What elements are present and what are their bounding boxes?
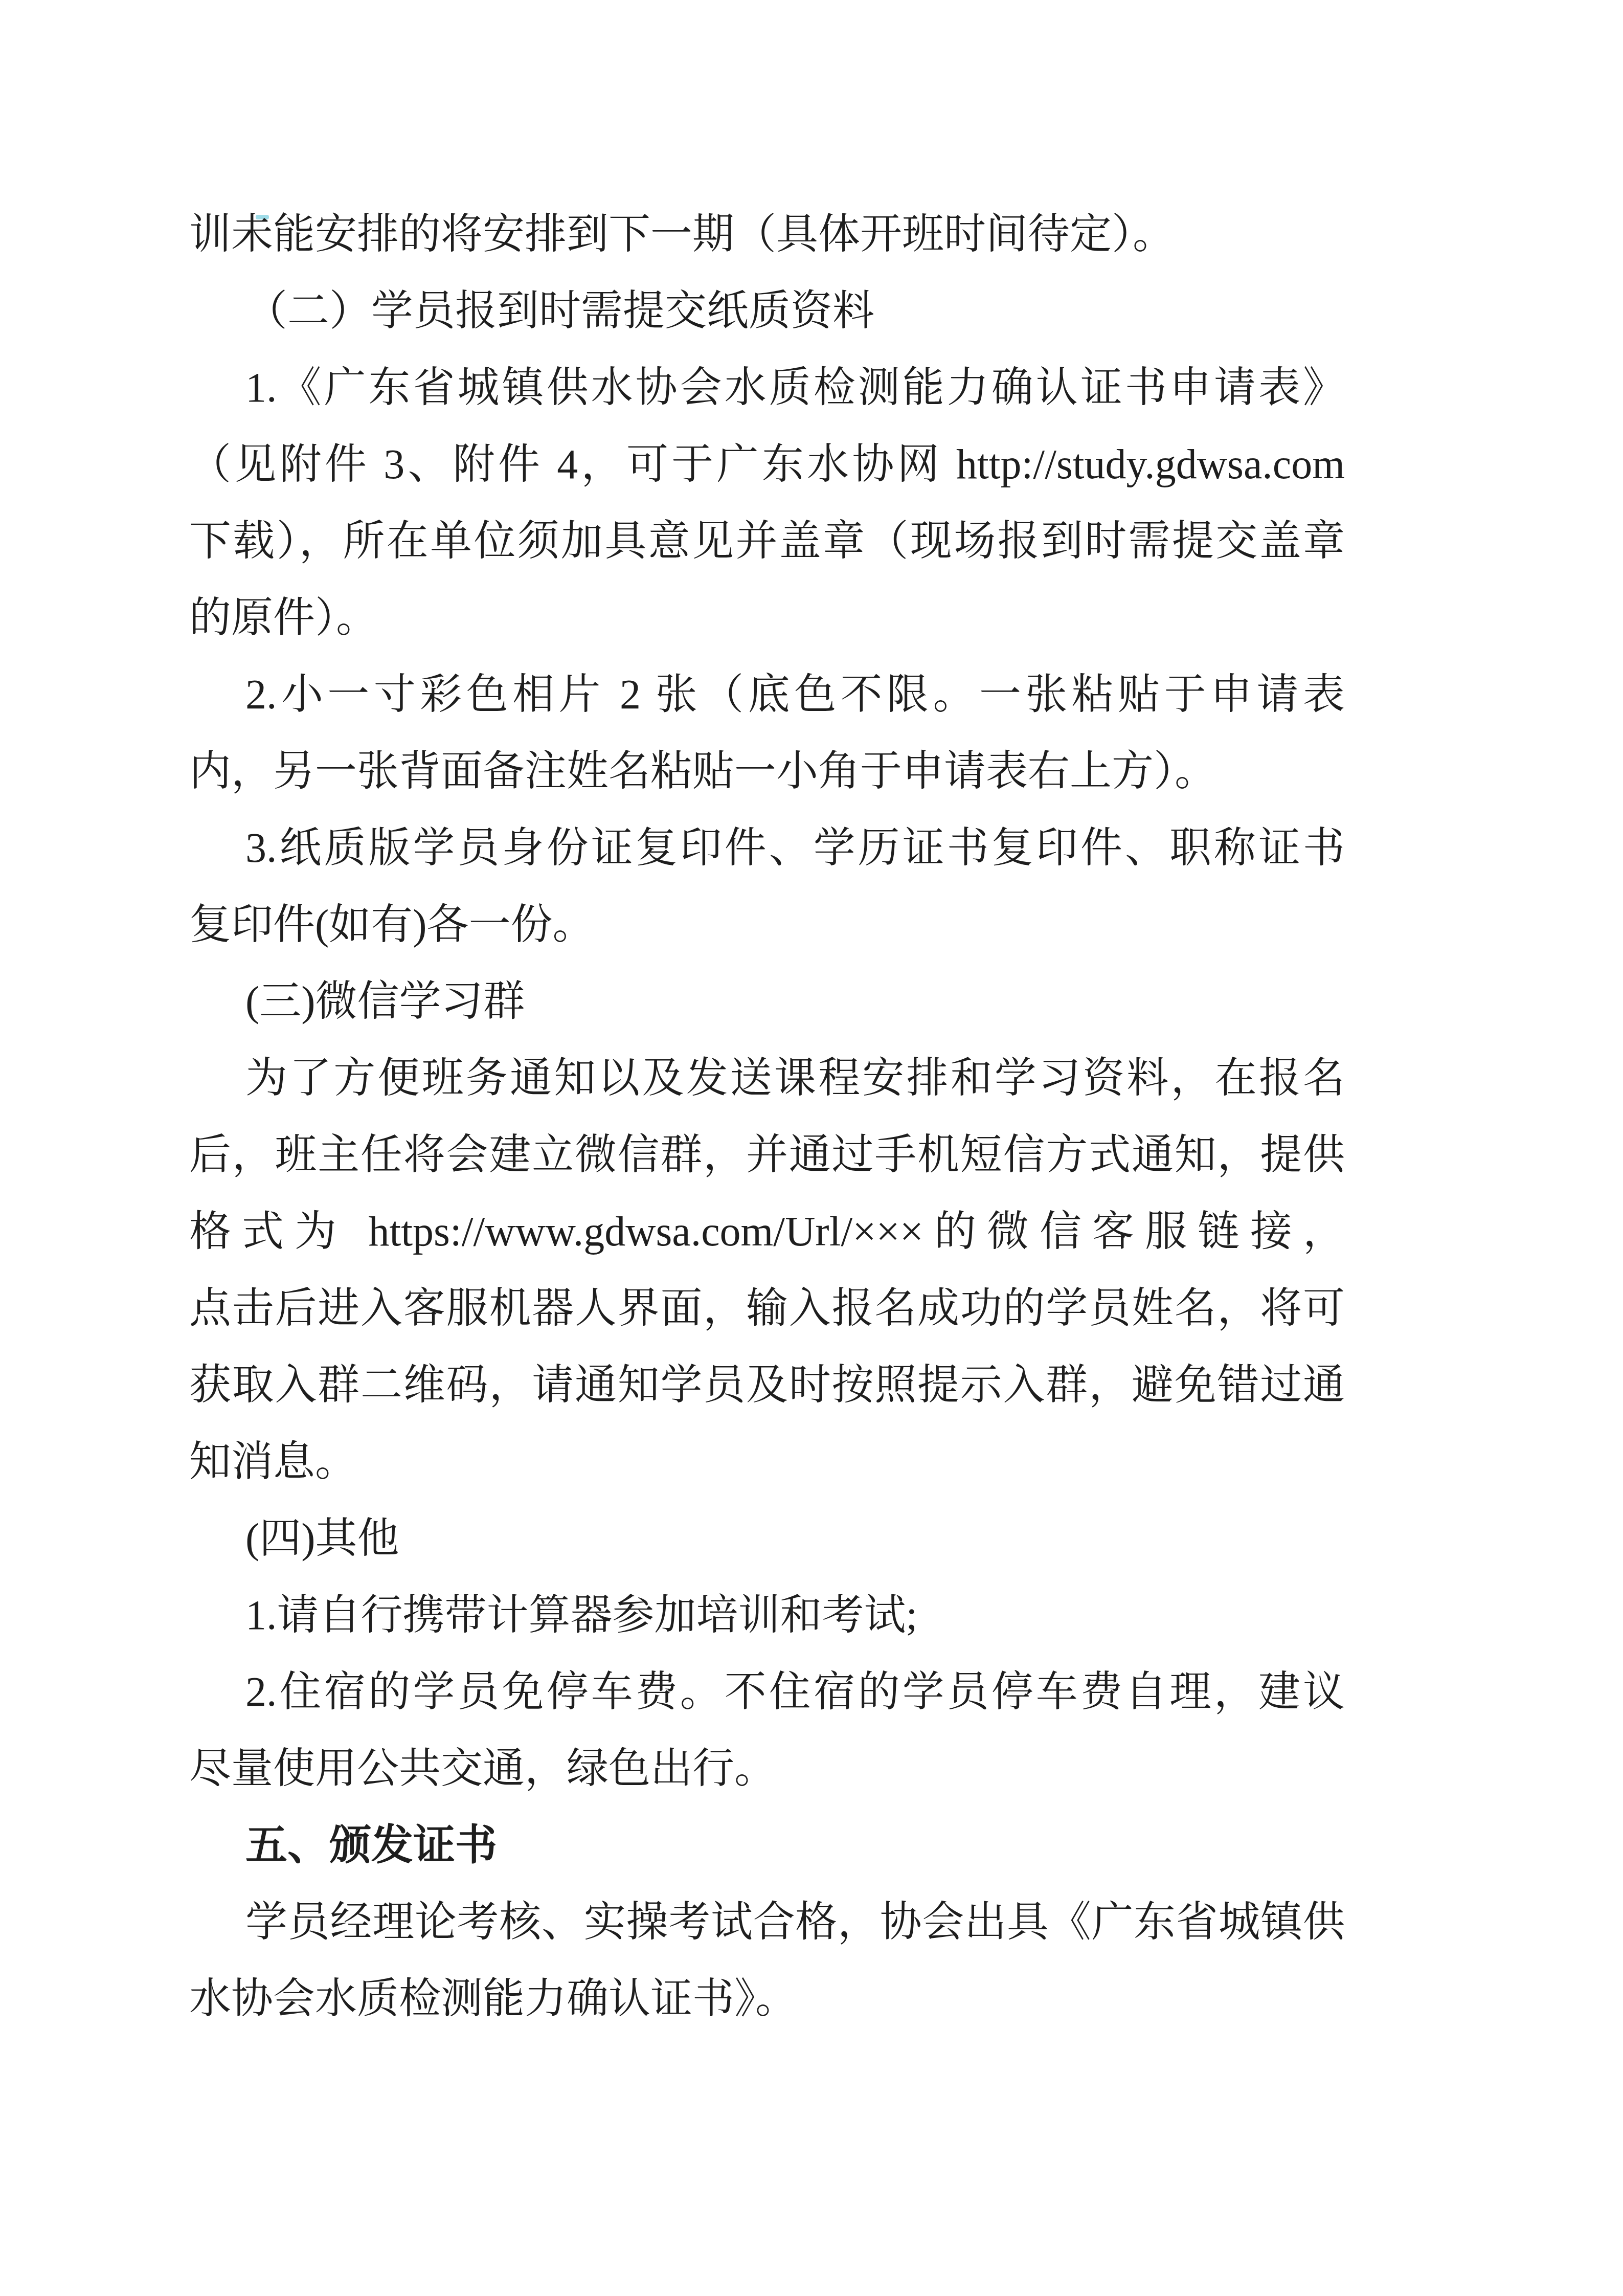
- body-line: 为了方便班务通知以及发送课程安排和学习资料，在报名: [189, 1040, 1345, 1117]
- body-line: 下载），所在单位须加具意见并盖章（现场报到时需提交盖章: [189, 503, 1345, 579]
- body-line: 知消息。: [189, 1423, 1345, 1500]
- body-line: 获取入群二维码，请通知学员及时按照提示入群，避免错过通: [189, 1347, 1345, 1423]
- body-line: 的原件）。: [189, 579, 1345, 656]
- subsection-heading: (四)其他: [189, 1500, 1345, 1577]
- subsection-heading: （二）学员报到时需提交纸质资料: [189, 273, 1345, 349]
- body-line: 复印件(如有)各一份。: [189, 886, 1345, 963]
- body-line: 内，另一张背面备注姓名粘贴一小角于申请表右上方）。: [189, 733, 1345, 810]
- body-line: 1.《广东省城镇供水协会水质检测能力确认证书申请表》: [189, 349, 1345, 426]
- body-line: 1.请自行携带计算器参加培训和考试;: [189, 1577, 1345, 1654]
- body-line: 3.纸质版学员身份证复印件、学历证书复印件、职称证书: [189, 810, 1345, 886]
- body-line: 2.小一寸彩色相片 2 张（底色不限。一张粘贴于申请表: [189, 656, 1345, 733]
- body-line: （见附件 3、附件 4，可于广东水协网 http://study.gdwsa.c…: [189, 426, 1345, 503]
- body-line: 训未能安排的将安排到下一期（具体开班时间待定）。: [189, 196, 1345, 273]
- body-line: 后，班主任将会建立微信群，并通过手机短信方式通知，提供: [189, 1117, 1345, 1193]
- document-page: 训未能安排的将安排到下一期（具体开班时间待定）。（二）学员报到时需提交纸质资料1…: [0, 0, 1623, 2296]
- document-content: 训未能安排的将安排到下一期（具体开班时间待定）。（二）学员报到时需提交纸质资料1…: [189, 196, 1345, 2037]
- body-line: 点击后进入客服机器人界面，输入报名成功的学员姓名，将可: [189, 1270, 1345, 1347]
- subsection-heading: (三)微信学习群: [189, 963, 1345, 1040]
- body-line: 格式为 https://www.gdwsa.com/Url/×××的微信客服链接…: [189, 1193, 1345, 1270]
- body-line: 学员经理论考核、实操考试合格，协会出具《广东省城镇供: [189, 1884, 1345, 1960]
- body-line: 尽量使用公共交通，绿色出行。: [189, 1730, 1345, 1807]
- body-line: 水协会水质检测能力确认证书》。: [189, 1960, 1345, 2037]
- section-heading: 五、颁发证书: [189, 1807, 1345, 1884]
- body-line: 2.住宿的学员免停车费。不住宿的学员停车费自理，建议: [189, 1654, 1345, 1730]
